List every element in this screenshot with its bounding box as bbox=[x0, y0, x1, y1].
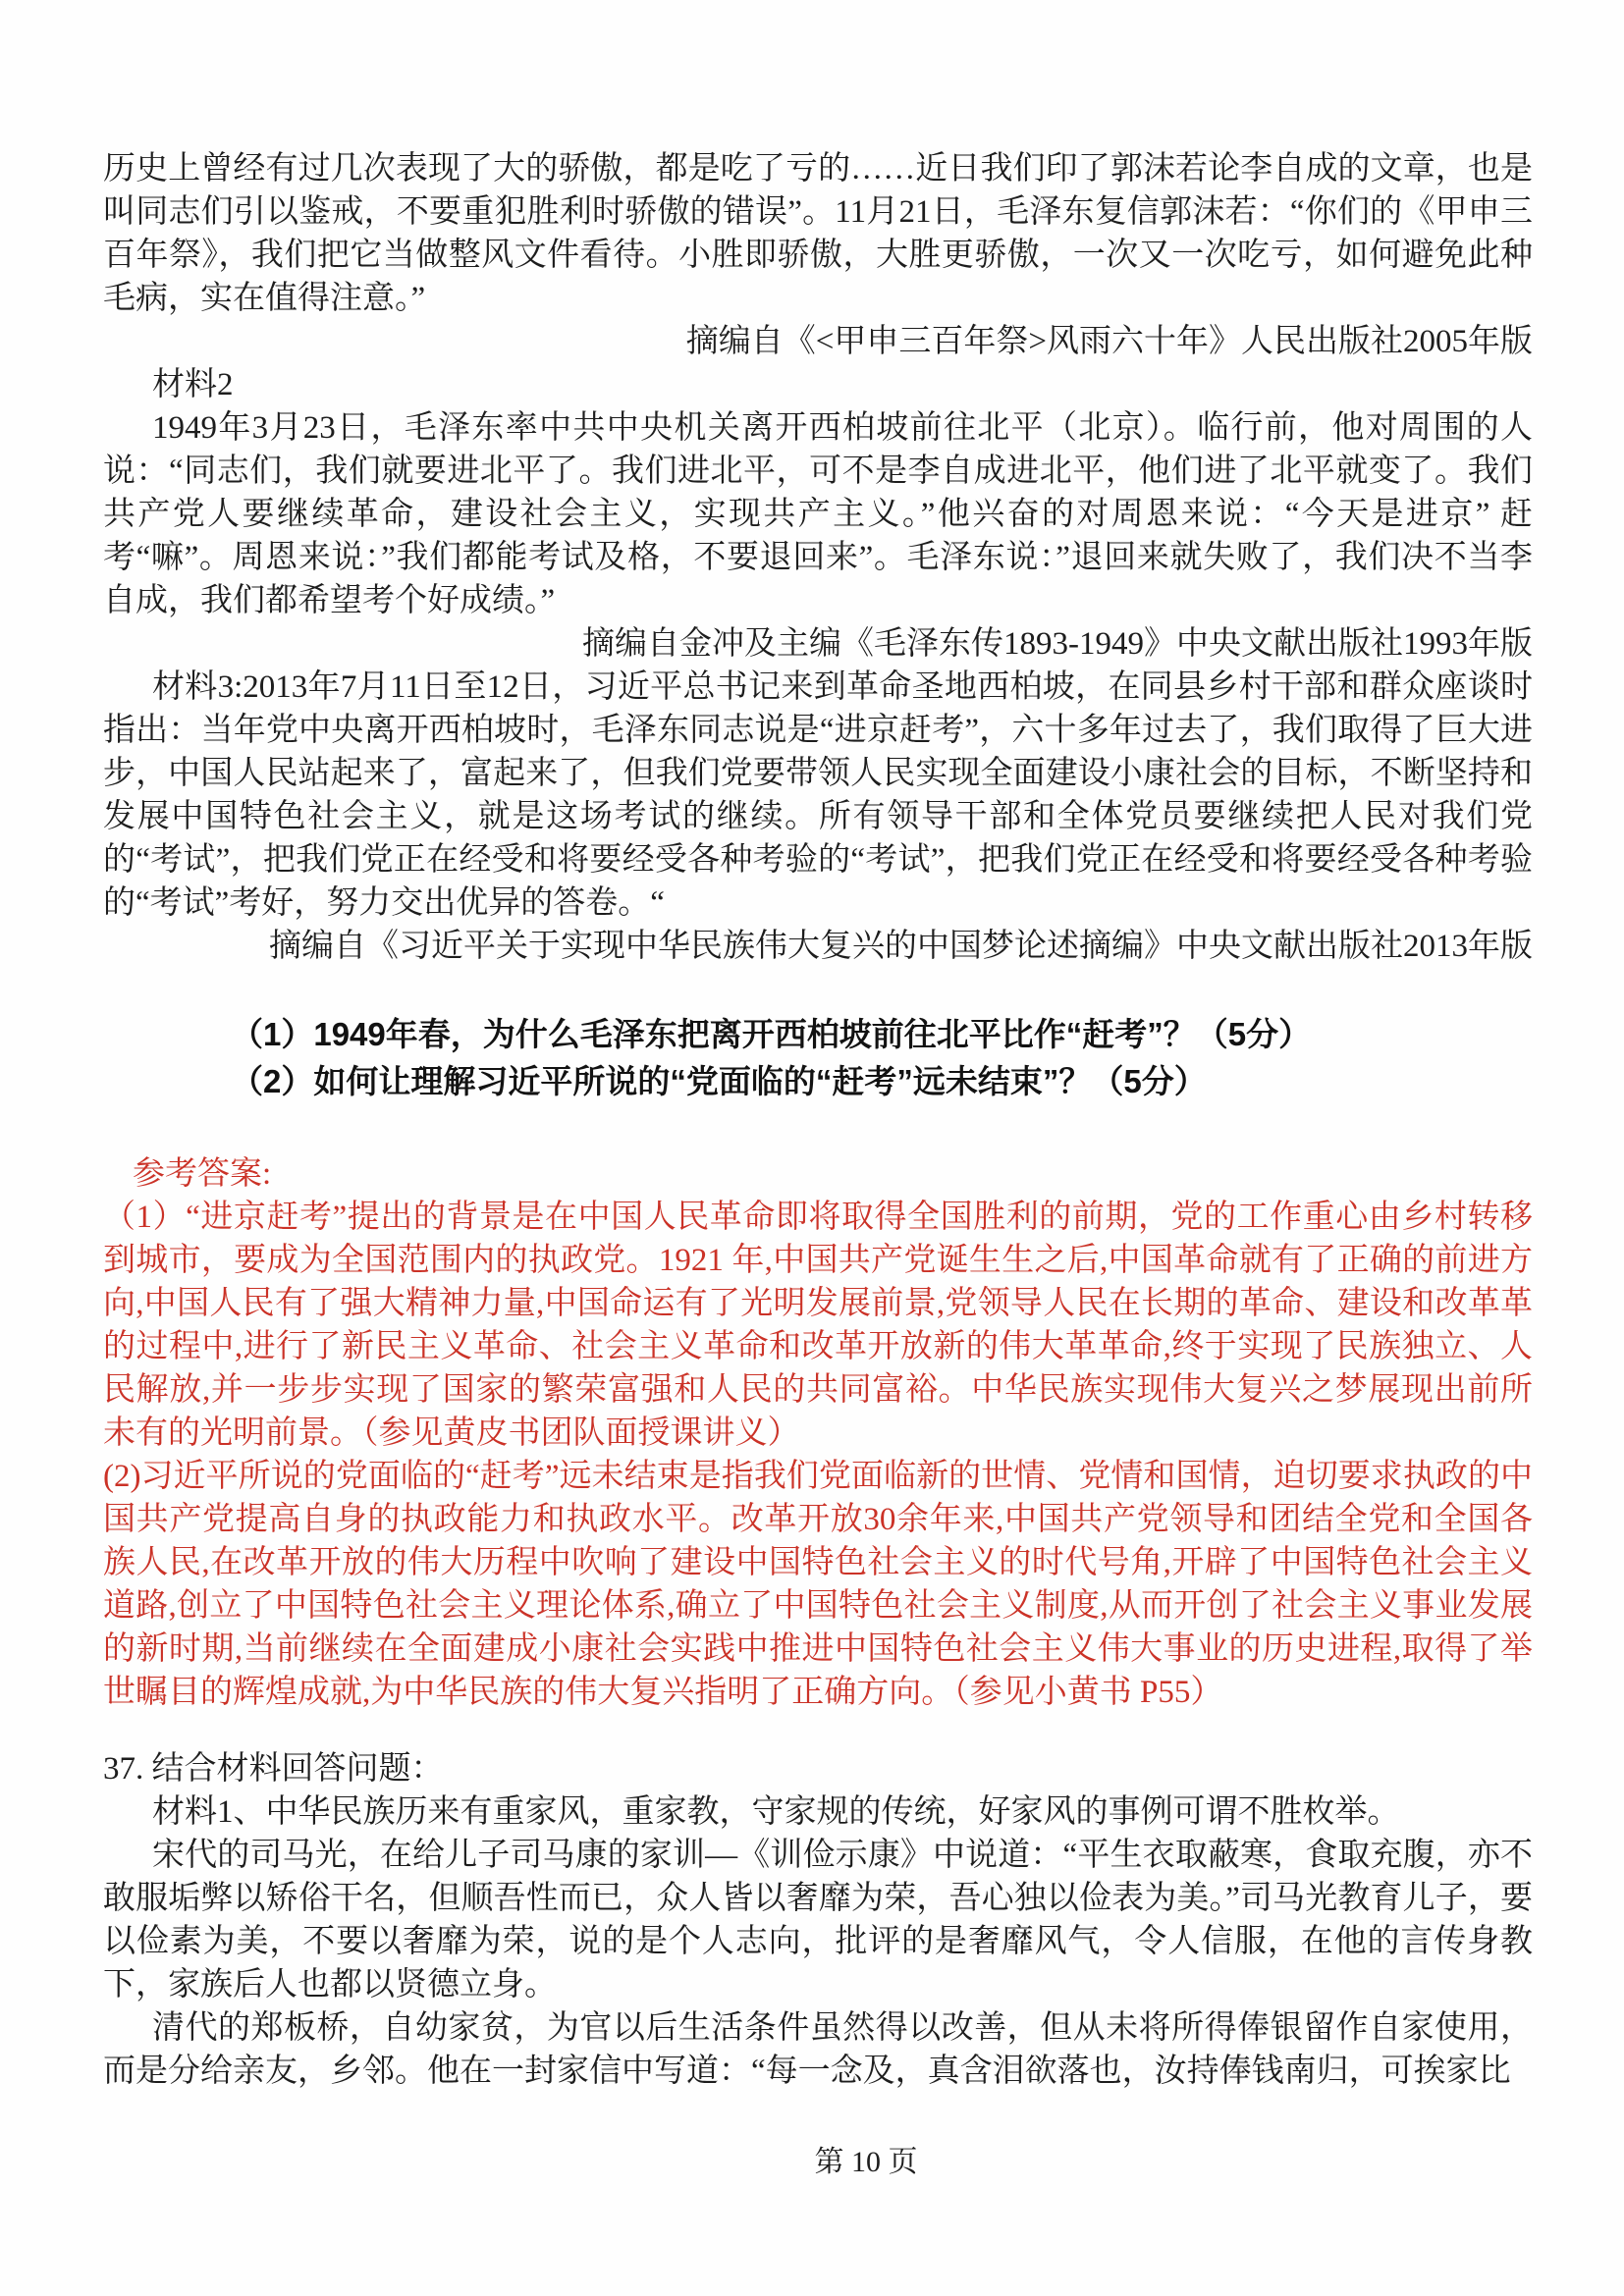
question-2: （2）如何让理解习近平所说的“党面临的“赶考”远未结束”？（5分） bbox=[231, 1058, 1533, 1105]
answer-1: （1）“进京赶考”提出的背景是在中国人民革命即将取得全国胜利的前期，党的工作重心… bbox=[103, 1196, 1533, 1455]
material2-paragraph: 1949年3月23日，毛泽东率中共中央机关离开西柏坡前往北平（北京）。临行前，他… bbox=[103, 406, 1533, 622]
question-1: （1）1949年春，为什么毛泽东把离开西柏坡前往北平比作“赶考”？（5分） bbox=[231, 1011, 1533, 1058]
page-number: 第 10 页 bbox=[54, 2146, 1624, 2179]
material3-paragraph: 材料3:2013年7月11日至12日，习近平总书记来到革命圣地西柏坡，在同县乡村… bbox=[103, 666, 1533, 925]
q37-sima-guang-paragraph: 宋代的司马光，在给儿子司马康的家训—《训俭示康》中说道：“平生衣取蔽寒，食取充腹… bbox=[103, 1834, 1533, 2006]
question-block: （1）1949年春，为什么毛泽东把离开西柏坡前往北平比作“赶考”？（5分） （2… bbox=[103, 1011, 1533, 1105]
citation-source-3: 摘编自《习近平关于实现中华民族伟大复兴的中国梦论述摘编》中央文献出版社2013年… bbox=[103, 925, 1533, 968]
q37-material1-intro: 材料1、中华民族历来有重家风，重家教，守家规的传统，好家风的事例可谓不胜枚举。 bbox=[103, 1790, 1533, 1834]
material2-label: 材料2 bbox=[103, 363, 1533, 406]
answer-block: 参考答案: （1）“进京赶考”提出的背景是在中国人民革命即将取得全国胜利的前期，… bbox=[103, 1152, 1533, 1714]
answer-section-header: 参考答案: bbox=[103, 1152, 1533, 1196]
document-page: 历史上曾经有过几次表现了大的骄傲，都是吃了亏的……近日我们印了郭沫若论李自成的文… bbox=[0, 0, 1624, 2296]
citation-source-1: 摘编自《<甲申三百年祭>风雨六十年》人民出版社2005年版 bbox=[103, 320, 1533, 363]
citation-source-2: 摘编自金冲及主编《毛泽东传1893-1949》中央文献出版社1993年版 bbox=[103, 622, 1533, 666]
question-37-header: 37. 结合材料回答问题： bbox=[103, 1747, 1533, 1790]
material1-continuation-paragraph: 历史上曾经有过几次表现了大的骄傲，都是吃了亏的……近日我们印了郭沫若论李自成的文… bbox=[103, 147, 1533, 320]
answer-2: (2)习近平所说的党面临的“赶考”远未结束是指我们党面临新的世情、党情和国情，迫… bbox=[103, 1455, 1533, 1714]
q37-zheng-banqiao-paragraph: 清代的郑板桥，自幼家贫，为官以后生活条件虽然得以改善，但从未将所得俸银留作自家使… bbox=[103, 2006, 1533, 2093]
